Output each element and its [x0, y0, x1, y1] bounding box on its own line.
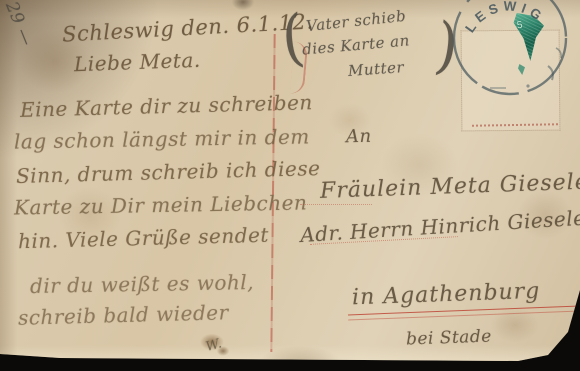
- postcard: 29 — Schleswig den. 6.1.12. Liebe Meta. …: [0, 0, 580, 371]
- message-line: Karte zu Dir mein Liebchen: [14, 190, 308, 219]
- message-line: schreib bald wieder: [18, 300, 229, 330]
- dateline: Schleswig den. 6.1.12.: [62, 9, 315, 46]
- message-line: Sinn, drum schreib ich diese: [16, 156, 321, 188]
- postmark-icon: LESWIG: [430, 0, 580, 135]
- address-recipient: Fräulein Meta Gieseler: [320, 169, 580, 204]
- address-town: in Agathenburg: [352, 279, 541, 311]
- address-district: bei Stade: [406, 327, 492, 350]
- pencil-note-line: Vater schieb: [305, 7, 407, 35]
- message-line: hin. Viele Grüße sendet: [18, 223, 269, 254]
- pencil-note-line: Mutter: [347, 58, 404, 80]
- salutation: Liebe Meta.: [74, 48, 201, 76]
- signature-mark: W.: [204, 336, 224, 355]
- photo-of-postcard: { "photo": { "background_color": "#0b0a0…: [0, 0, 580, 371]
- corner-number-mark: 29 —: [1, 0, 37, 49]
- svg-text:LESWIG: LESWIG: [462, 0, 548, 35]
- postmark-town-text: LESWIG: [462, 0, 548, 35]
- message-block: Eine Karte dir zu schreiben lag schon lä…: [14, 90, 290, 340]
- address-care-of: Adr. Herrn Hinrich Gieseler: [300, 205, 580, 247]
- pencil-note-line: dies Karte an: [301, 31, 410, 58]
- address-intro: An: [346, 126, 372, 147]
- message-line: Eine Karte dir zu schreiben: [20, 90, 313, 122]
- message-line: dir du weißt es wohl,: [30, 270, 254, 298]
- message-line: lag schon längst mir in dem: [14, 124, 310, 153]
- printed-dotted-line: [300, 204, 372, 205]
